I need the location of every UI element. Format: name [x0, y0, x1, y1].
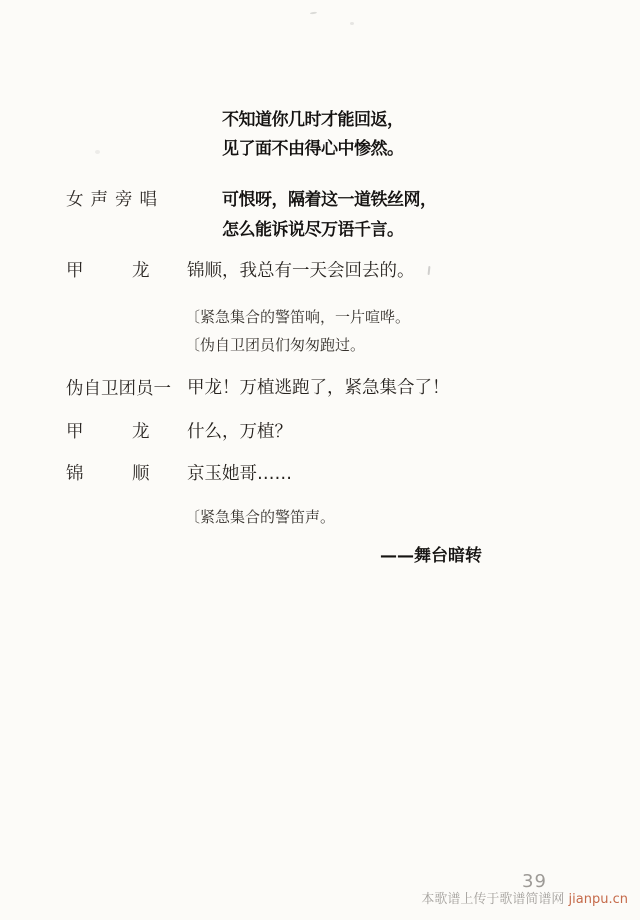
scan-speck	[428, 266, 431, 275]
speaker-label-jialong2-b: 龙	[132, 424, 150, 442]
blackout-direction: ——舞台暗转	[380, 548, 482, 565]
watermark-site-text: 本歌谱上传于歌谱简谱网	[421, 892, 564, 907]
speaker-label-jialong2-a: 甲	[66, 424, 84, 442]
watermark: 本歌谱上传于歌谱简谱网 jianpu.cn	[421, 893, 628, 906]
stage-direction-guards-run: 〔伪自卫团员们匆匆跑过。	[185, 338, 365, 353]
stage-direction-siren-again: 〔紧急集合的警笛声。	[185, 510, 335, 525]
offstage-lyric-line-1: 可恨呀，隔着这一道铁丝网，	[222, 192, 437, 209]
speaker-label-jinshun-a: 锦	[66, 466, 84, 484]
stage-direction-siren: 〔紧急集合的警笛响，一片喧哗。	[185, 310, 410, 325]
scanned-script-page: 不知道你几时才能回返， 见了面不由得心中惨然。 女声旁唱 可恨呀，隔着这一道铁丝…	[0, 0, 640, 920]
dialogue-guard: 甲龙！万植逃跑了，紧急集合了！	[187, 380, 450, 398]
speaker-label-female-offstage: 女声旁唱	[66, 192, 164, 210]
speaker-label-guard: 伪自卫团员一	[66, 381, 171, 399]
verse-line-2: 见了面不由得心中惨然。	[222, 141, 404, 158]
speaker-label-jialong-a: 甲	[66, 263, 84, 281]
watermark-domain-text: jianpu.cn	[569, 892, 628, 907]
dialogue-jialong-2: 什么，万植？	[187, 424, 292, 442]
speaker-label-jialong-b: 龙	[132, 263, 150, 281]
page-number: 39	[522, 873, 547, 891]
scan-speck	[310, 12, 317, 15]
scan-speck	[95, 150, 100, 154]
scan-speck	[350, 22, 354, 25]
speaker-label-jinshun-b: 顺	[132, 466, 150, 484]
offstage-lyric-line-2: 怎么能诉说尽万语千言。	[222, 222, 404, 239]
dialogue-jinshun: 京玉她哥……	[187, 466, 292, 484]
dialogue-jialong-1: 锦顺，我总有一天会回去的。	[187, 263, 415, 281]
verse-line-1: 不知道你几时才能回返，	[222, 112, 404, 129]
